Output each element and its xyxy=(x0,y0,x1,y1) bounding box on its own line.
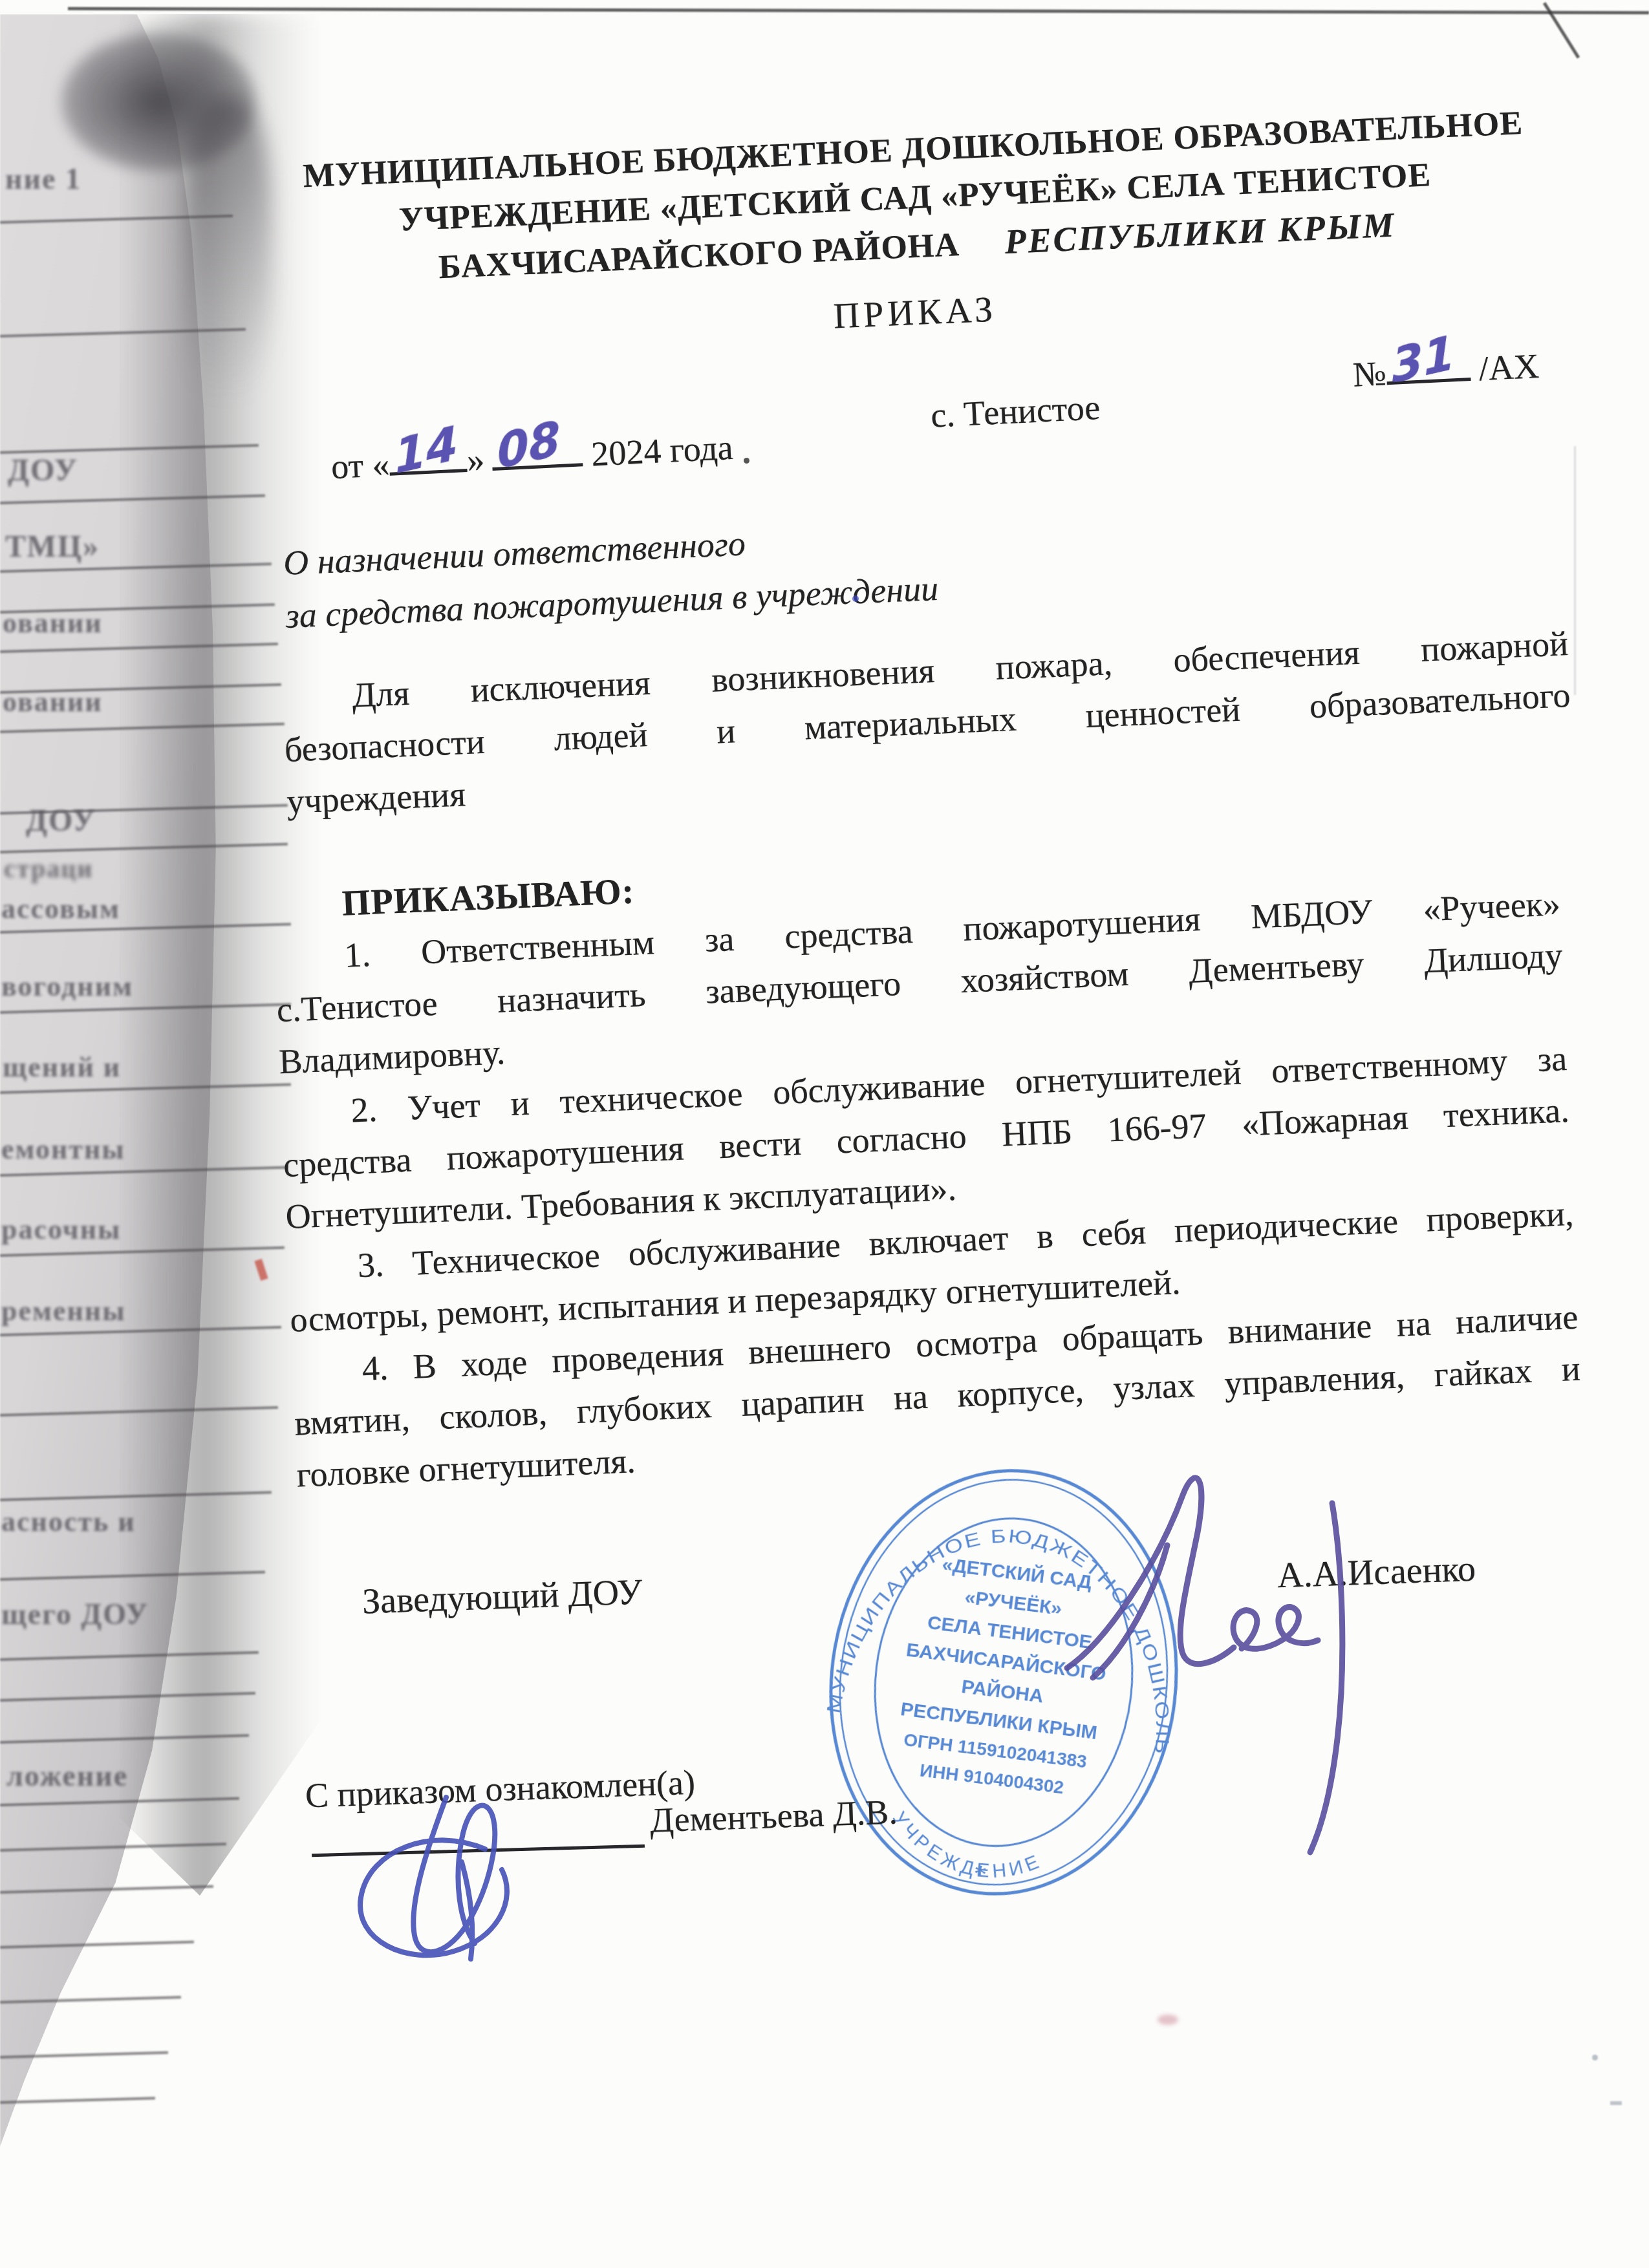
margin-fragment: ние 1 xyxy=(5,162,81,196)
scan-top-edge-artifact xyxy=(68,7,1649,14)
stamp-ring-bottom-text: УЧРЕЖДЕНИЕ xyxy=(882,1806,1051,1889)
handwritten-month: 08 xyxy=(497,414,562,476)
margin-fragment: щений и xyxy=(3,1051,121,1084)
handwritten-number: 31 xyxy=(1390,328,1456,390)
date-year: 2024 года xyxy=(582,428,734,474)
signatory-position: Заведующий ДОУ xyxy=(361,1571,643,1622)
org-header: МУНИЦИПАЛЬНОЕ БЮДЖЕТНОЕ ДОШКОЛЬНОЕ ОБРАЗ… xyxy=(269,98,1561,299)
scan-speck xyxy=(1610,2101,1622,2105)
margin-fragment: ДОУ xyxy=(8,453,78,488)
date-day-blank: 14 xyxy=(388,431,468,476)
scanned-order-page: ние 1 ДОУ ТМЦ» овании овании ДОУ страци … xyxy=(0,0,1649,2268)
subject: О назначении ответственного за средства … xyxy=(282,509,939,643)
margin-fragment: ременны xyxy=(1,1294,126,1327)
acknowledgement-signature xyxy=(323,1771,608,1991)
stray-ink-dot xyxy=(852,595,859,602)
margin-fragment: овании xyxy=(3,685,103,718)
margin-fragment: расочны xyxy=(1,1213,121,1246)
number-field: №31 /АХ xyxy=(1352,337,1540,395)
order-section: ПРИКАЗЫВАЮ: 1. Ответственным за средства… xyxy=(271,826,1583,1501)
place-field: с. Тенистое xyxy=(930,387,1101,436)
margin-fragment: емонтны xyxy=(1,1133,125,1166)
number-sign: № xyxy=(1352,354,1387,394)
margin-ruled-line xyxy=(0,2097,155,2104)
meta-row: от «14»08 2024 года с. Тенистое №31 /АХ xyxy=(284,358,1573,491)
margin-fragment: ассовым xyxy=(1,892,120,925)
number-suffix: /АХ xyxy=(1469,347,1540,389)
stray-ink-dot xyxy=(744,458,749,464)
handwritten-day: 14 xyxy=(394,419,459,480)
date-quote-close: » xyxy=(466,440,486,480)
scan-speck xyxy=(1592,2055,1598,2060)
margin-fragment: страци xyxy=(4,853,93,884)
margin-fragment: асность и xyxy=(1,1505,136,1538)
pink-smudge xyxy=(1158,2015,1178,2025)
intro-paragraph: Для исключения возникновения пожара, обе… xyxy=(281,617,1573,828)
date-field: от «14»08 2024 года xyxy=(330,418,734,487)
scan-right-line-artifact xyxy=(1574,446,1576,695)
margin-fragment: ТМЦ» xyxy=(5,529,100,564)
margin-fragment: ДОУ xyxy=(26,803,96,839)
margin-fragment: ложение xyxy=(6,1759,128,1793)
number-blank: 31 xyxy=(1385,340,1471,385)
director-signature xyxy=(1028,1455,1520,1881)
margin-fragment: щего ДОУ xyxy=(1,1597,149,1631)
date-prefix: от « xyxy=(330,445,391,486)
pen-shadow-streak xyxy=(184,97,272,401)
margin-fragment: вогодним xyxy=(1,970,133,1003)
margin-fragment: овании xyxy=(3,606,103,639)
date-month-blank: 08 xyxy=(491,425,583,471)
